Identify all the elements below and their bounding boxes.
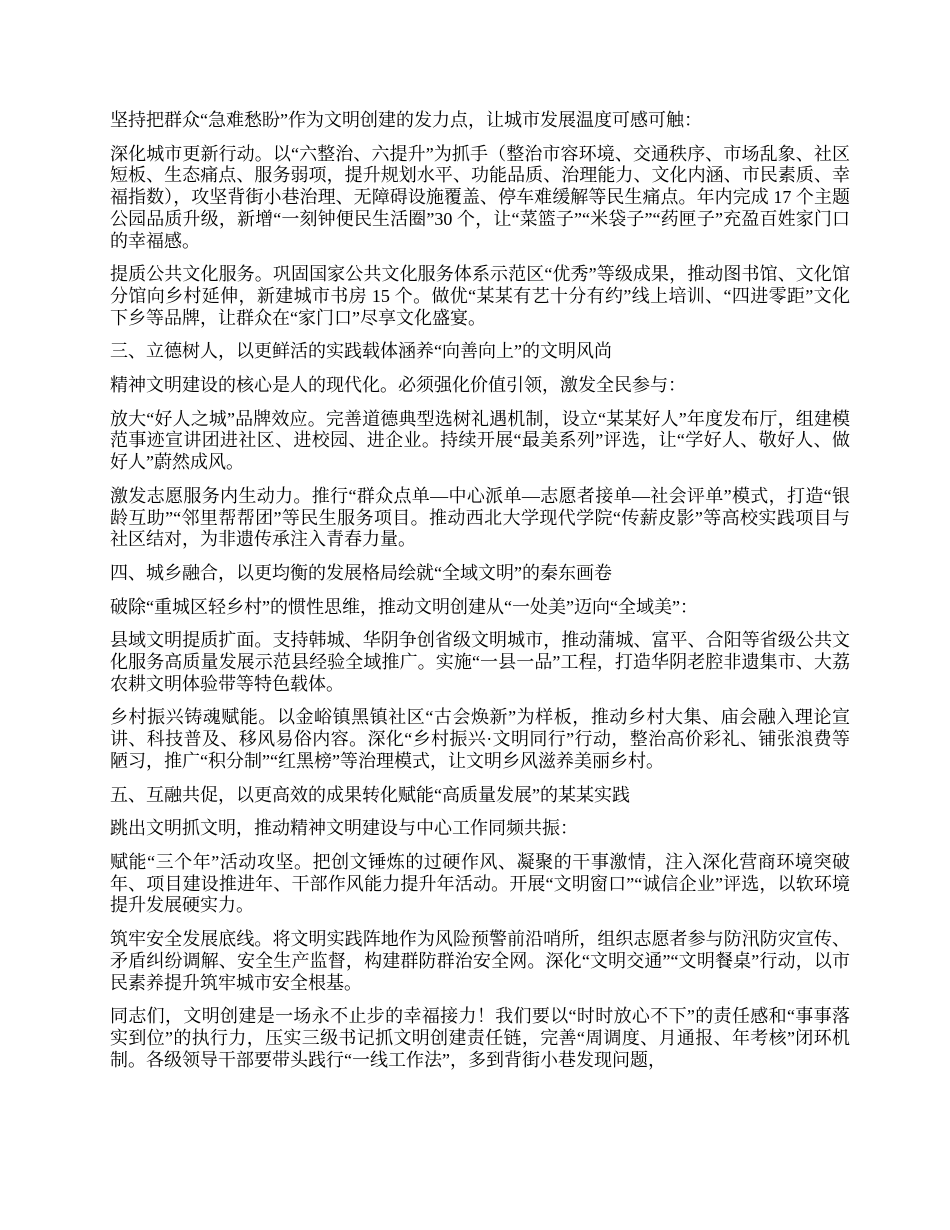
paragraph: 乡村振兴铸魂赋能。以金峪镇黑镇社区“古会焕新”为样板，推动乡村大集、庙会融入理论…	[110, 707, 850, 772]
paragraph: 跳出文明抓文明，推动精神文明建设与中心工作同频共振：	[110, 818, 850, 840]
paragraph-intro: 坚持把群众“急难愁盼”作为文明创建的发力点，让城市发展温度可感可触：	[110, 110, 850, 132]
section-heading-four: 四、城乡融合，以更均衡的发展格局绘就“全域文明”的秦东画卷	[110, 563, 850, 585]
document-page: 坚持把群众“急难愁盼”作为文明创建的发力点，让城市发展温度可感可触： 深化城市更…	[0, 0, 950, 1230]
paragraph: 激发志愿服务内生动力。推行“群众点单—中心派单—志愿者接单—社会评单”模式，打造…	[110, 486, 850, 551]
section-heading-five: 五、互融共促，以更高效的成果转化赋能“高质量发展”的某某实践	[110, 785, 850, 807]
paragraph: 县域文明提质扩面。支持韩城、华阴争创省级文明城市，推动蒲城、富平、合阳等省级公共…	[110, 630, 850, 695]
paragraph: 深化城市更新行动。以“六整治、六提升”为抓手（整治市容环境、交通秩序、市场乱象、…	[110, 144, 850, 253]
paragraph: 赋能“三个年”活动攻坚。把创文锤炼的过硬作风、凝聚的干事激情，注入深化营商环境突…	[110, 852, 850, 917]
paragraph-closing: 同志们，文明创建是一场永不止步的幸福接力！我们要以“时时放心不下”的责任感和“事…	[110, 1006, 850, 1071]
paragraph: 放大“好人之城”品牌效应。完善道德典型选树礼遇机制，设立“某某好人”年度发布厅，…	[110, 409, 850, 474]
section-heading-three: 三、立德树人，以更鲜活的实践载体涵养“向善向上”的文明风尚	[110, 341, 850, 363]
paragraph: 破除“重城区轻乡村”的惯性思维，推动文明创建从“一处美”迈向“全域美”：	[110, 597, 850, 619]
paragraph: 提质公共文化服务。巩固国家公共文化服务体系示范区“优秀”等级成果，推动图书馆、文…	[110, 264, 850, 329]
paragraph: 精神文明建设的核心是人的现代化。必须强化价值引领，激发全民参与：	[110, 375, 850, 397]
paragraph: 筑牢安全发展底线。将文明实践阵地作为风险预警前沿哨所，组织志愿者参与防汛防灾宣传…	[110, 929, 850, 994]
